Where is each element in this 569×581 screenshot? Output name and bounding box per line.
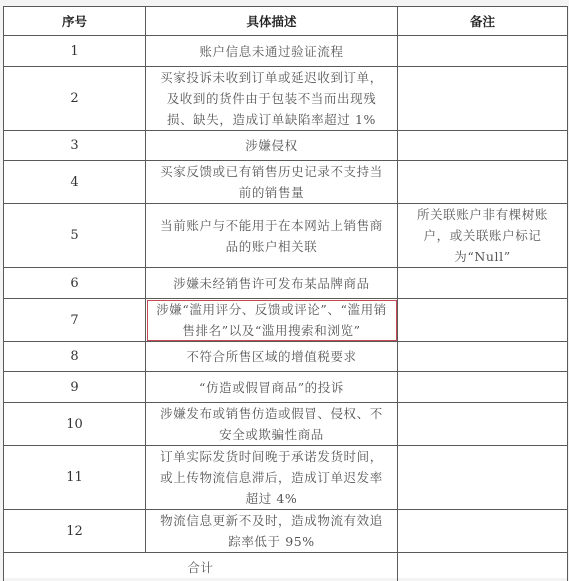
- row-description: 账户信息未通过验证流程: [146, 36, 398, 67]
- row-description: 物流信息更新不及时，造成物流有效追踪率低于 95%: [146, 510, 398, 553]
- row-description-highlighted: 涉嫌“滥用评分、反馈或评论”、“滥用销售排名”以及“滥用搜索和浏览”: [146, 299, 398, 342]
- row-description: 不符合所售区域的增值税要求: [146, 342, 398, 372]
- row-note: [398, 372, 568, 403]
- row-index: 9: [4, 372, 146, 403]
- row-note: 所关联账户非有棵树账户，或关联账户标记为“Null”: [398, 204, 568, 268]
- row-note: [398, 403, 568, 446]
- table-row: 11 订单实际发货时间晚于承诺发货时间，或上传物流信息滞后，造成订单迟发率超过 …: [4, 446, 568, 510]
- row-index: 6: [4, 268, 146, 299]
- row-note: [398, 342, 568, 372]
- row-index: 8: [4, 342, 146, 372]
- row-index: 7: [4, 299, 146, 342]
- row-note: [398, 510, 568, 553]
- row-note: [398, 131, 568, 161]
- violation-table: 序号 具体描述 备注 1 账户信息未通过验证流程 2 买家投诉未收到订单或延迟收…: [3, 6, 568, 581]
- row-note: [398, 36, 568, 67]
- row-index: 12: [4, 510, 146, 553]
- row-description: “仿造或假冒商品”的投诉: [146, 372, 398, 403]
- row-index: 10: [4, 403, 146, 446]
- header-index: 序号: [4, 7, 146, 36]
- row-note: [398, 268, 568, 299]
- row-index: 4: [4, 161, 146, 204]
- header-description: 具体描述: [146, 7, 398, 36]
- row-note: [398, 161, 568, 204]
- table-row: 1 账户信息未通过验证流程: [4, 36, 568, 67]
- table-row: 3 涉嫌侵权: [4, 131, 568, 161]
- total-label: 合计: [4, 553, 398, 581]
- row-description: 当前账户与不能用于在本网站上销售商品的账户相关联: [146, 204, 398, 268]
- header-note: 备注: [398, 7, 568, 36]
- table-row: 12 物流信息更新不及时，造成物流有效追踪率低于 95%: [4, 510, 568, 553]
- table-row: 5 当前账户与不能用于在本网站上销售商品的账户相关联 所关联账户非有棵树账户，或…: [4, 204, 568, 268]
- table-row: 8 不符合所售区域的增值税要求: [4, 342, 568, 372]
- table-row: 2 买家投诉未收到订单或延迟收到订单，及收到的货件由于包装不当而出现残损、缺失，…: [4, 67, 568, 131]
- table-row: 9 “仿造或假冒商品”的投诉: [4, 372, 568, 403]
- row-index: 3: [4, 131, 146, 161]
- row-description: 涉嫌未经销售许可发布某品牌商品: [146, 268, 398, 299]
- row-description: 买家投诉未收到订单或延迟收到订单，及收到的货件由于包装不当而出现残损、缺失，造成…: [146, 67, 398, 131]
- row-description: 买家反馈或已有销售历史记录不支持当前的销售量: [146, 161, 398, 204]
- table-row: 6 涉嫌未经销售许可发布某品牌商品: [4, 268, 568, 299]
- document-sheet: 序号 具体描述 备注 1 账户信息未通过验证流程 2 买家投诉未收到订单或延迟收…: [3, 6, 567, 578]
- row-description: 涉嫌发布或销售仿造或假冒、侵权、不安全或欺骗性商品: [146, 403, 398, 446]
- row-index: 2: [4, 67, 146, 131]
- total-value: [398, 553, 568, 581]
- table-row: 10 涉嫌发布或销售仿造或假冒、侵权、不安全或欺骗性商品: [4, 403, 568, 446]
- row-description: 订单实际发货时间晚于承诺发货时间，或上传物流信息滞后，造成订单迟发率超过 4%: [146, 446, 398, 510]
- row-note: [398, 299, 568, 342]
- table-row: 7 涉嫌“滥用评分、反馈或评论”、“滥用销售排名”以及“滥用搜索和浏览”: [4, 299, 568, 342]
- row-note: [398, 67, 568, 131]
- row-index: 5: [4, 204, 146, 268]
- total-row: 合计: [4, 553, 568, 581]
- row-note: [398, 446, 568, 510]
- row-index: 11: [4, 446, 146, 510]
- row-description: 涉嫌侵权: [146, 131, 398, 161]
- row-index: 1: [4, 36, 146, 67]
- table-row: 4 买家反馈或已有销售历史记录不支持当前的销售量: [4, 161, 568, 204]
- table-header-row: 序号 具体描述 备注: [4, 7, 568, 36]
